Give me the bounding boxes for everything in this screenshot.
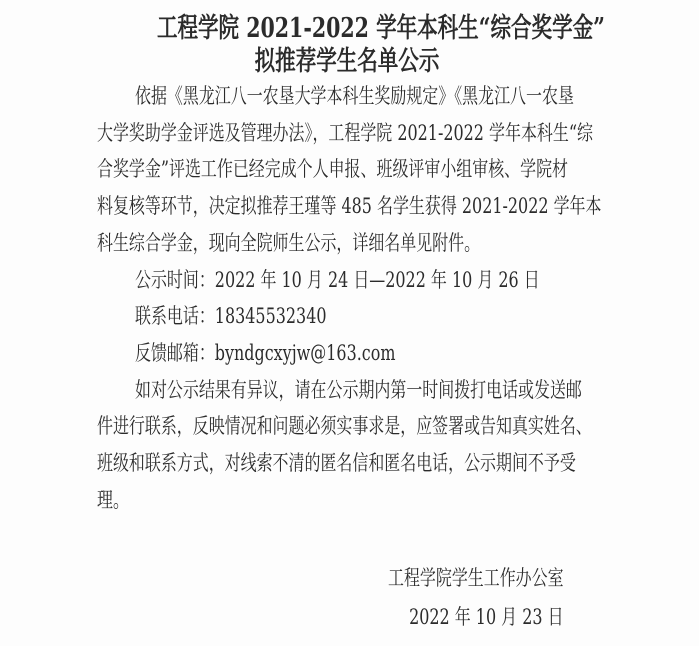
contact-phone-line: 联系电话：18345532340 (97, 298, 477, 335)
body-line: 科生综合学金，现向全院师生公示，详细名单见附件。 (97, 225, 477, 262)
page-title-line-2: 拟推荐学生名单公示 (157, 45, 537, 78)
page-title-line-1: 工程学院 2021-2022 学年本科生“综合奖学金” (157, 12, 537, 45)
body-line: 如对公示结果有异议，请在公示期内第一时间拨打电话或发送邮 (97, 372, 477, 409)
body-line: 料复核等环节，决定拟推荐王瑾等 485 名学生获得 2021-2022 学年本 (97, 188, 477, 225)
publicity-period-line: 公示时间：2022 年 10 月 24 日—2022 年 10 月 26 日 (97, 262, 477, 299)
signature-date: 2022 年 10 月 23 日 (217, 599, 597, 636)
body-line: 依据《黑龙江八一农垦大学本科生奖励规定》《黑龙江八一农垦 (97, 78, 477, 115)
body-line: 班级和联系方式，对线索不清的匿名信和匿名电话，公示期间不予受 (97, 445, 477, 482)
document-body: 依据《黑龙江八一农垦大学本科生奖励规定》《黑龙江八一农垦 大学奖助学金评选及管理… (97, 78, 597, 518)
feedback-email-line: 反馈邮箱：byndgcxyjw@163.com (97, 335, 477, 372)
announcement-document: 工程学院 2021-2022 学年本科生“综合奖学金” 拟推荐学生名单公示 依据… (97, 12, 597, 636)
body-line: 合奖学金”评选工作已经完成个人申报、班级评审小组审核、学院材 (97, 151, 477, 188)
signature-block: 工程学院学生工作办公室 2022 年 10 月 23 日 (97, 560, 597, 635)
signature-office: 工程学院学生工作办公室 (217, 560, 597, 597)
body-line: 大学奖助学金评选及管理办法》，工程学院 2021-2022 学年本科生“综 (97, 115, 477, 152)
body-line: 件进行联系，反映情况和问题必须实事求是，应签署或告知真实姓名、 (97, 408, 477, 445)
body-line: 理。 (97, 482, 477, 519)
